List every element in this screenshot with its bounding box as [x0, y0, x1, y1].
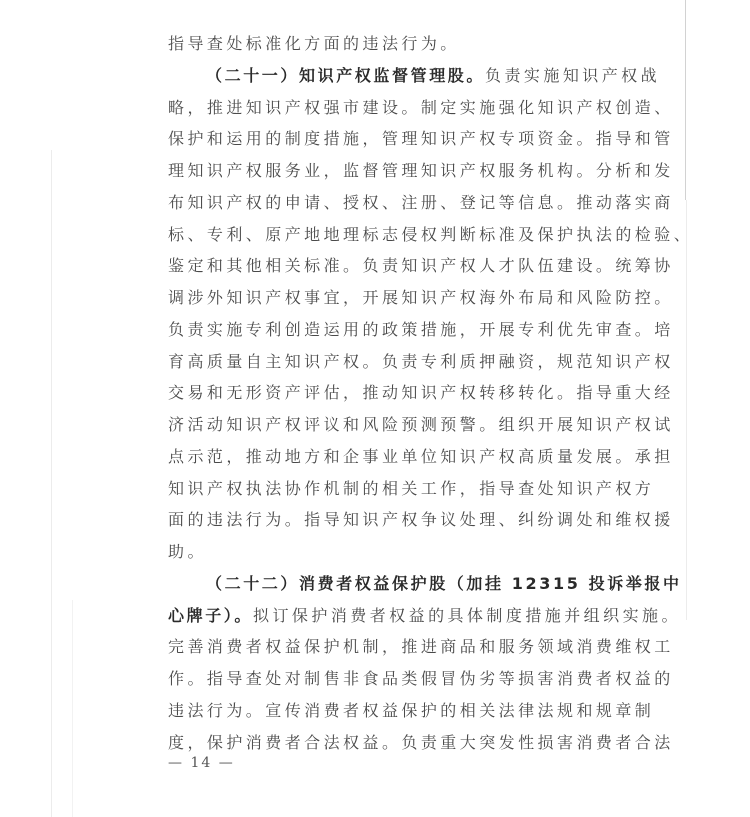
line-text: 育高质量自主知识产权。负责专利质押融资，规范知识产权: [168, 352, 674, 371]
text-line: 鉴定和其他相关标准。负责知识产权人才队伍建设。统筹协: [168, 250, 598, 282]
binding-shadow-line-secondary: [72, 600, 73, 817]
section-heading-line-continued: 心牌子）。拟订保护消费者权益的具体制度措施并组织实施。: [168, 600, 598, 632]
text-line: 交易和无形资产评估，推动知识产权转移转化。指导重大经: [168, 377, 598, 409]
section-heading-consumer-protection-cont: 心牌子）。: [168, 606, 253, 625]
binding-shadow-line: [51, 150, 52, 817]
text-line: 理知识产权服务业，监督管理知识产权服务机构。分析和发: [168, 155, 598, 187]
page-edge-line: [685, 0, 686, 200]
text-line: 助。: [168, 536, 598, 568]
line-text: 鉴定和其他相关标准。负责知识产权人才队伍建设。统筹协: [168, 256, 674, 275]
scanned-page: 指导查处标准化方面的违法行为。 （二十一）知识产权监督管理股。负责实施知识产权战…: [0, 0, 750, 817]
section-heading-consumer-protection: （二十二）消费者权益保护股（加挂 12315 投诉举报中: [206, 574, 682, 593]
text-line: 点示范，推动地方和企事业单位知识产权高质量发展。承担: [168, 441, 598, 473]
line-text: 济活动知识产权评议和风险预测预警。组织开展知识产权试: [168, 415, 674, 434]
line-text: 交易和无形资产评估，推动知识产权转移转化。指导重大经: [168, 383, 674, 402]
text-line: 作。指导查处对制售非食品类假冒伪劣等损害消费者权益的: [168, 663, 598, 695]
line-text: 略，推进知识产权强市建设。制定实施强化知识产权创造、: [168, 98, 674, 117]
line-text: 完善消费者权益保护机制，推进商品和服务领域消费维权工: [168, 637, 674, 656]
page-number: — 14 —: [168, 752, 235, 774]
line-text: 负责实施专利创造运用的政策措施，开展专利优先审查。培: [168, 320, 674, 339]
text-line: 标、专利、原产地地理标志侵权判断标准及保护执法的检验、: [168, 219, 598, 251]
text-line: 面的违法行为。指导知识产权争议处理、纠纷调处和维权援: [168, 504, 598, 536]
text-line: 知识产权执法协作机制的相关工作，指导查处知识产权方: [168, 473, 598, 505]
line-text: 调涉外知识产权事宜，开展知识产权海外布局和风险防控。: [168, 288, 674, 307]
text-line: 济活动知识产权评议和风险预测预警。组织开展知识产权试: [168, 409, 598, 441]
line-text: 负责实施知识产权战: [485, 66, 660, 85]
text-line: 略，推进知识产权强市建设。制定实施强化知识产权创造、: [168, 92, 598, 124]
line-text: 助。: [168, 542, 207, 561]
document-body: 指导查处标准化方面的违法行为。 （二十一）知识产权监督管理股。负责实施知识产权战…: [168, 28, 598, 758]
text-line: 完善消费者权益保护机制，推进商品和服务领域消费维权工: [168, 631, 598, 663]
text-line: 指导查处标准化方面的违法行为。: [168, 28, 598, 60]
line-text: 知识产权执法协作机制的相关工作，指导查处知识产权方: [168, 479, 654, 498]
section-heading-line: （二十二）消费者权益保护股（加挂 12315 投诉举报中: [168, 568, 598, 600]
line-text: 布知识产权的申请、授权、注册、登记等信息。推动落实商: [168, 193, 674, 212]
text-line: 调涉外知识产权事宜，开展知识产权海外布局和风险防控。: [168, 282, 598, 314]
line-text: 拟订保护消费者权益的具体制度措施并组织实施。: [253, 606, 681, 625]
section-heading-ip-supervision: （二十一）知识产权监督管理股。: [206, 66, 485, 85]
text-line: 负责实施专利创造运用的政策措施，开展专利优先审查。培: [168, 314, 598, 346]
line-text: 违法行为。宣传消费者权益保护的相关法律法规和规章制: [168, 701, 654, 720]
line-text: 保护和运用的制度措施，管理知识产权专项资金。指导和管: [168, 129, 674, 148]
line-text: 理知识产权服务业，监督管理知识产权服务机构。分析和发: [168, 161, 674, 180]
text-line: 育高质量自主知识产权。负责专利质押融资，规范知识产权: [168, 346, 598, 378]
text-line: 违法行为。宣传消费者权益保护的相关法律法规和规章制: [168, 695, 598, 727]
text-line: 保护和运用的制度措施，管理知识产权专项资金。指导和管: [168, 123, 598, 155]
page-edge-line-lower: [686, 200, 687, 620]
text-line: 布知识产权的申请、授权、注册、登记等信息。推动落实商: [168, 187, 598, 219]
line-text: 指导查处标准化方面的违法行为。: [168, 34, 460, 53]
line-text: 度，保护消费者合法权益。负责重大突发性损害消费者合法: [168, 733, 674, 752]
line-text: 面的违法行为。指导知识产权争议处理、纠纷调处和维权援: [168, 510, 674, 529]
line-text: 作。指导查处对制售非食品类假冒伪劣等损害消费者权益的: [168, 669, 674, 688]
section-heading-line: （二十一）知识产权监督管理股。负责实施知识产权战: [168, 60, 598, 92]
line-text: 标、专利、原产地地理标志侵权判断标准及保护执法的检验、: [168, 225, 693, 244]
line-text: 点示范，推动地方和企事业单位知识产权高质量发展。承担: [168, 447, 674, 466]
